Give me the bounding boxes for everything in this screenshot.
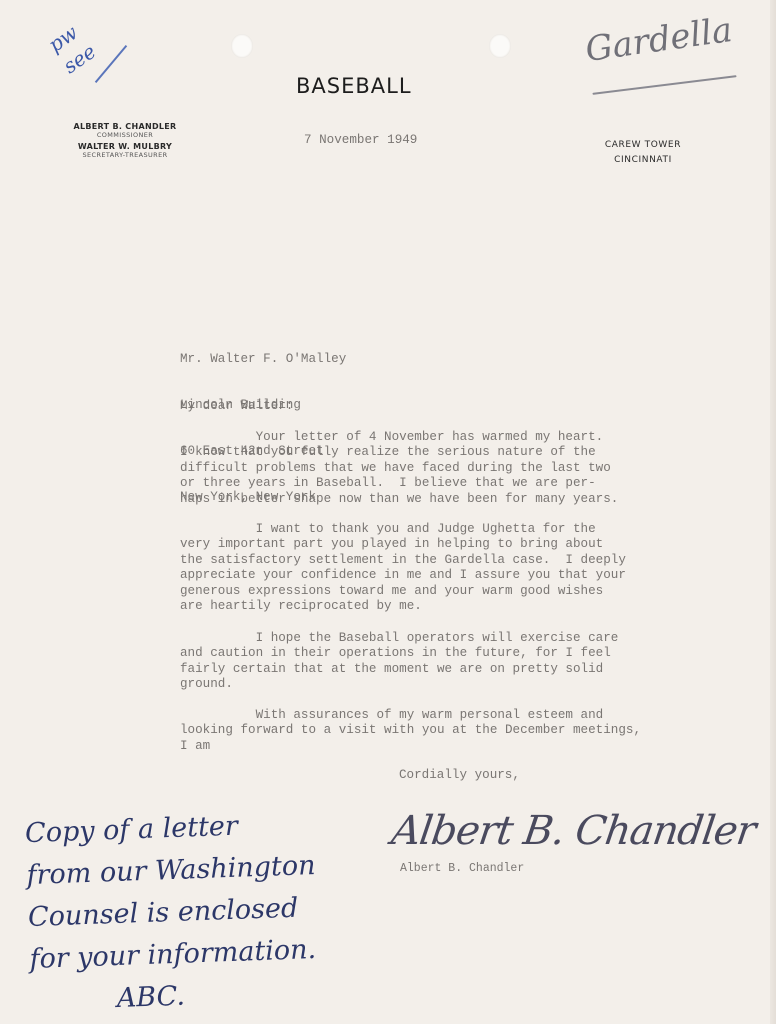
handwritten-note: Copy of a letter from our Washington Cou… [24,803,320,1023]
punch-hole-right [489,34,511,58]
officer-name-1: ALBERT B. CHANDLER [60,122,190,131]
salutation: My dear Walter: [180,399,293,414]
officer-role-1: COMMISSIONER [60,131,190,139]
letterhead-address: CAREW TOWER CINCINNATI [588,138,698,168]
punch-hole-left [231,34,253,58]
letterhead-officers: ALBERT B. CHANDLER COMMISSIONER WALTER W… [60,122,190,162]
letter-date: 7 November 1949 [304,133,417,148]
recipient-line: Mr. Walter F. O'Malley [180,352,346,367]
handwritten-signature: Albert B. Chandler [389,808,758,854]
pencil-underline [592,75,736,95]
address-line-1: CAREW TOWER [588,138,698,153]
address-line-2: CINCINNATI [588,153,698,168]
officer-role-2: SECRETARY-TREASURER [60,151,190,159]
body-paragraph-3: I hope the Baseball operators will exerc… [180,631,618,693]
handwritten-corner-note: pw see [43,17,101,79]
body-paragraph-1: Your letter of 4 November has warmed my … [180,430,618,507]
letter-page: pw see Gardella BASEBALL ALBERT B. CHAND… [0,0,776,1024]
pen-stroke [95,45,127,83]
typed-signature: Albert B. Chandler [400,861,524,876]
body-paragraph-2: I want to thank you and Judge Ughetta fo… [180,522,626,614]
officer-name-2: WALTER W. MULBRY [60,142,190,151]
closing: Cordially yours, [399,768,520,783]
handwritten-gardella: Gardella [583,10,735,70]
body-paragraph-4: With assurances of my warm personal este… [180,708,641,754]
letterhead-title: BASEBALL [296,74,412,98]
